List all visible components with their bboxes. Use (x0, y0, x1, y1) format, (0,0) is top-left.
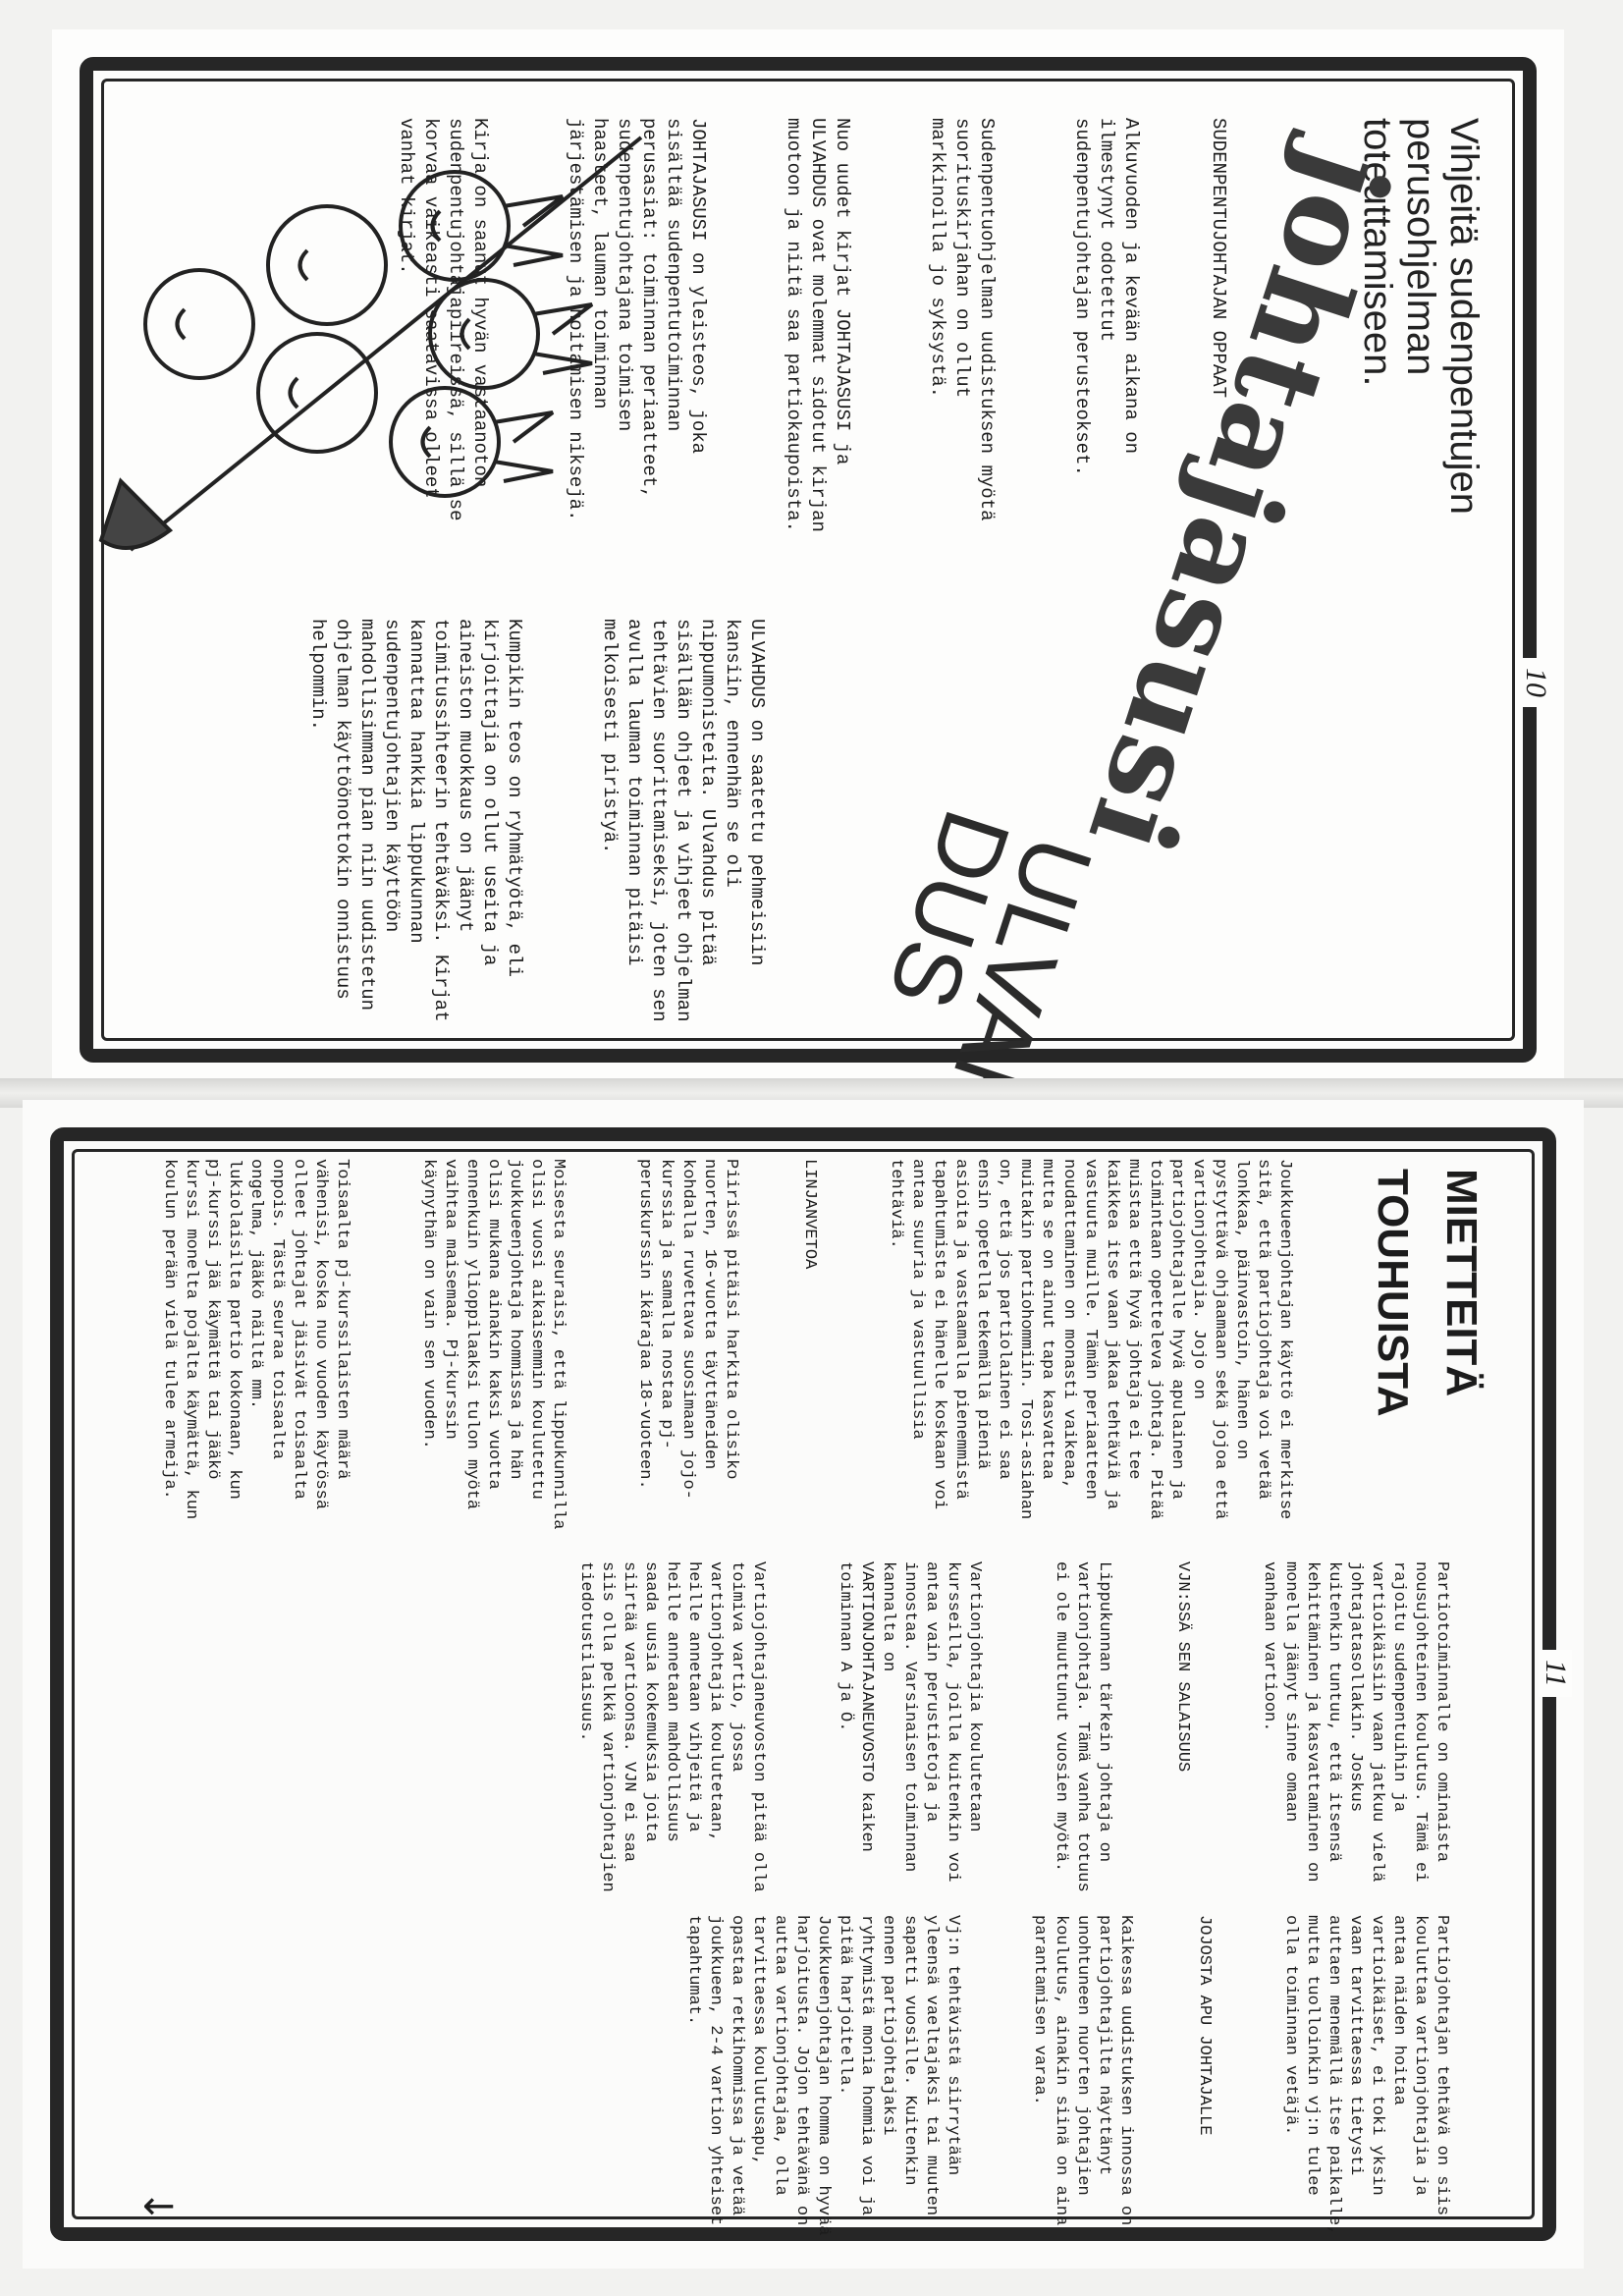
paragraph: Kaikessa uudistuksen innossa on partiojo… (1028, 1915, 1136, 2239)
column-jojo: Partiojohtajan tehtävä on siis kouluttaa… (618, 1915, 1495, 2239)
paragraph: Partiotoiminnalle on ominaista nousujoht… (1258, 1561, 1452, 1895)
paragraph: Kumpikin teos on ryhmätyötä, eli kirjoit… (305, 619, 526, 1031)
wolf-cubs-illustration-icon (91, 118, 680, 570)
magazine-spread: 10 Vihjeitä sudenpentujen perusohjelman … (0, 0, 1623, 2296)
paragraph: Lippukunnan tärkein johtaja on vartionjo… (1050, 1561, 1114, 1895)
title-line-1: MIETTEITÄ (1427, 1169, 1495, 1483)
paragraph: Vartionjohtajia koulutetaan kursseilla, … (834, 1561, 985, 1895)
paragraph: ULVAHDUS on saatettu pehmeisiin kansiin,… (597, 619, 769, 1031)
section-heading: SUDENPENTUJOHTAJAN OPPAAT (1206, 118, 1230, 540)
title-line-2: TOUHUISTA (1358, 1169, 1427, 1483)
section-heading: JOJOSTA APU JOHTAJALLE (1193, 1915, 1215, 2239)
page-11: 11 MIETTEITÄ TOUHUISTA Joukkueenjohtajan… (23, 1100, 1584, 2269)
paragraph: Sudenpentuohjelman uudistuksen myötä suo… (925, 118, 999, 540)
column-joukkueenjohtaja: Joukkueenjohtajan käyttö ei merkitse sit… (93, 1159, 1338, 1532)
paragraph: Alkuvuoden ja kevään aikana on ilmestyny… (1069, 118, 1143, 540)
section-heading: VJN:SSÄ SEN SALAISUUS (1171, 1561, 1193, 1895)
section-heading: LINJANVETOA (798, 1159, 820, 1532)
page-number: 10 (1519, 658, 1552, 707)
continue-arrow-icon: ↓ (135, 2190, 180, 2223)
paragraph: Moisesta seuraisi, että lippukunnilla ol… (417, 1159, 568, 1532)
paragraph: Joukkueenjohtajan käyttö ei merkitse sit… (885, 1159, 1295, 1532)
paragraph: Vartiojohtajaneuvoston pitää olla toimiv… (574, 1561, 769, 1895)
column-vjn: Partiotoiminnalle on ominaista nousujoht… (510, 1561, 1495, 1895)
page-number: 11 (1539, 1650, 1572, 1697)
paragraph: Toisaalta pj-kurssilaisten määrä vähenis… (158, 1159, 352, 1532)
paragraph: Piirissä pitäisi harkita olisiko nuorten… (633, 1159, 741, 1532)
page-10: 10 Vihjeitä sudenpentujen perusohjelman … (52, 29, 1564, 1090)
paragraph: Partiojohtajan tehtävä on siis kouluttaa… (1279, 1915, 1452, 2239)
paragraph: Nuo uudet kirjat JOHTAJASUSI ja ULVAHDUS… (781, 118, 854, 540)
article-title: MIETTEITÄ TOUHUISTA (1358, 1169, 1495, 1483)
column-ulvahdus: ULVAHDUS on saatettu pehmeisiin kansiin,… (235, 619, 818, 1031)
paragraph: Vj:n tehtävistä siirrytään yleensä vaelt… (682, 1915, 963, 2239)
